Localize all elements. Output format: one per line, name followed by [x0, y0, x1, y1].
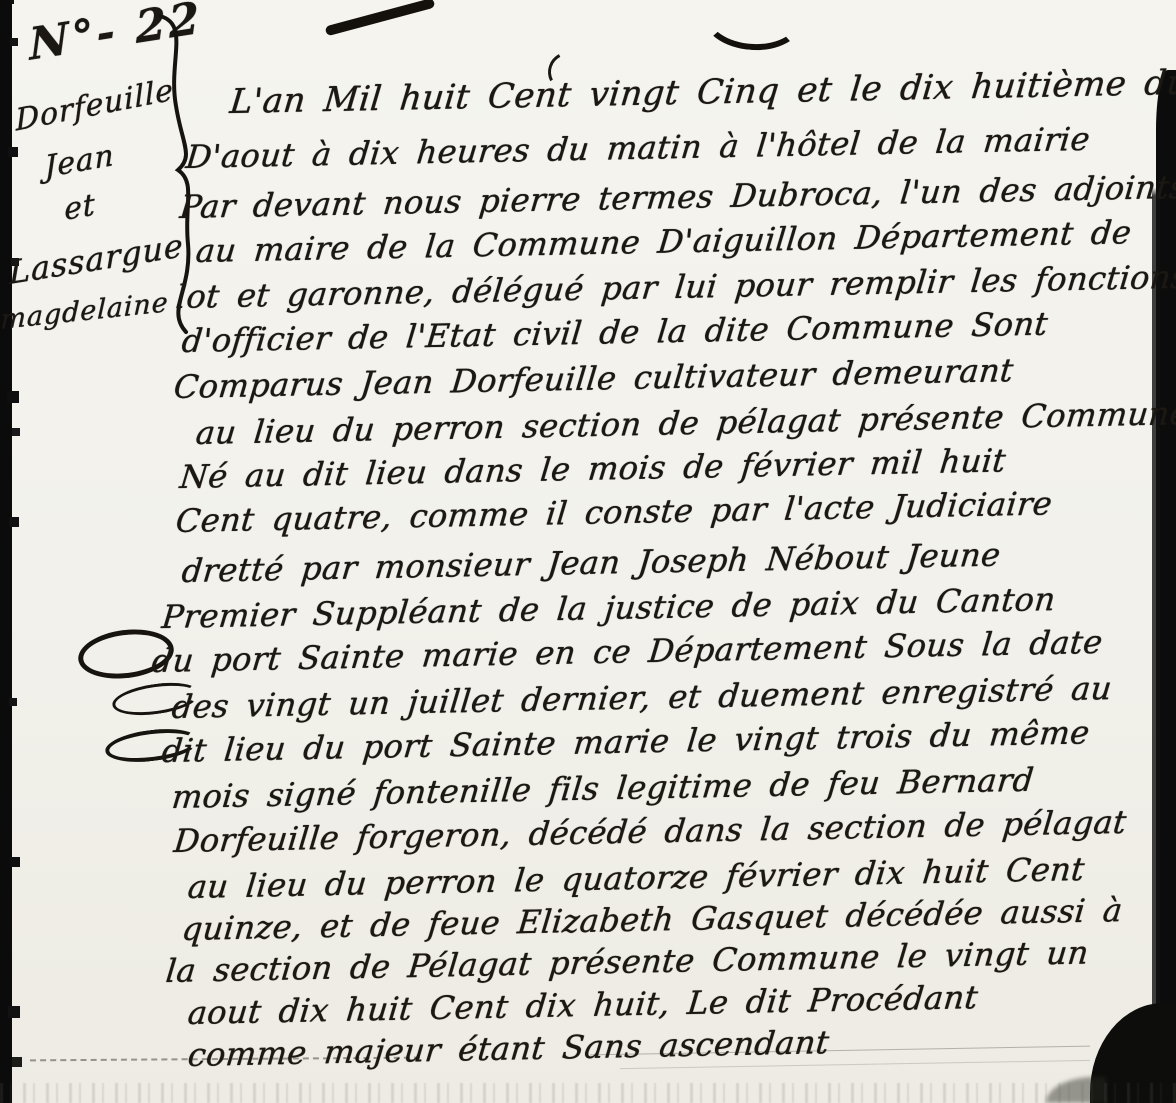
scan-bottom-noise — [0, 1083, 1176, 1103]
margin-name-firstname-groom: Jean — [44, 138, 115, 186]
manuscript-line: D'aout à dix heures du matin à l'hôtel d… — [184, 120, 1092, 176]
margin-name-firstname-bride: magdelaine — [0, 287, 169, 336]
ink-flourish-diagonal — [325, 0, 436, 36]
scan-edge-right — [1156, 70, 1176, 1103]
manuscript-line: Comparus Jean Dorfeuille cultivateur dem… — [172, 351, 1015, 406]
manuscript-line: L'an Mil huit Cent vingt Cinq et le dix … — [228, 63, 1176, 122]
manuscript-scan-page: N°- 22 Dorfeuille Jean et Lassargue magd… — [0, 0, 1176, 1103]
margin-name-et: et — [64, 187, 97, 228]
manuscript-line: dretté par monsieur Jean Joseph Nébout J… — [180, 535, 1002, 590]
ink-flourish-arc — [701, 0, 805, 53]
manuscript-line: au lieu du perron section de pélagat pré… — [194, 394, 1176, 452]
scan-edge-left — [0, 0, 12, 1103]
